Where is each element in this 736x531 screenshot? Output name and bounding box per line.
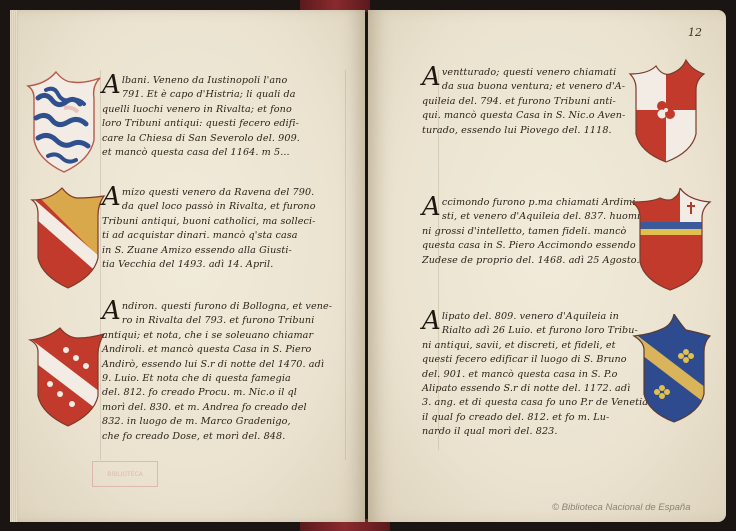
text-line: questi fecero edificar il luogo di S. Br…: [422, 353, 662, 367]
text-line: tia Vecchia del 1493. adì 14. April.: [102, 258, 352, 272]
text-line: lbani. Veneno da Iustinopoli l'ano: [102, 74, 352, 88]
initial-letter: A: [102, 300, 121, 322]
coat-of-arms-albani-icon: [24, 68, 104, 178]
text-line: loro Tribuni antiqui: questi fecero edif…: [102, 117, 352, 131]
text-line: Zudese de proprio del. 1468. adì 25 Agos…: [422, 254, 652, 268]
text-line: turado, essendo lui Piovego del. 1118.: [422, 124, 652, 138]
coat-of-arms-alipato-icon: [630, 314, 714, 426]
initial-letter: A: [102, 186, 121, 208]
initial-letter: A: [102, 74, 121, 96]
text-line: quelli luochi venero in Rivalta; et fono: [102, 103, 352, 117]
coat-of-arms-andiron-icon: [24, 322, 108, 432]
initial-letter: A: [422, 310, 441, 332]
text-line: care la Chiesa di San Severolo del. 909.: [102, 132, 352, 146]
coat-of-arms-accimondo-icon: [630, 188, 712, 296]
text-line: 832. in luogo de m. Marco Gradenigo,: [102, 415, 352, 429]
text-line: sti, et venero d'Aquileia del. 837. huom…: [422, 210, 652, 224]
left-page: A lbani. Veneno da Iustinopoli l'ano 791…: [10, 10, 365, 522]
text-line: ni antiqui, savii, et discreti, et fidel…: [422, 339, 662, 353]
text-line: in S. Zuane Amizo essendo alla Giusti-: [102, 244, 352, 258]
text-line: quileia del. 794. et furono Tribuni anti…: [422, 95, 652, 109]
text-line: ti ad acquistar dinari. mancò q'sta casa: [102, 229, 352, 243]
text-line: et mancò questa casa del 1164. m 5...: [102, 146, 352, 160]
text-line: ro in Rivalta del 793. et furono Tribuni: [102, 314, 352, 328]
text-line: 3. ang. et di questa casa fo uno P.r de …: [422, 396, 662, 410]
text-line: ndiron. questi furono di Bollogna, et ve…: [102, 300, 352, 314]
text-line: ccimondo furono p.ma chiamati Ardimi-: [422, 196, 652, 210]
text-line: nardo il qual morì del. 823.: [422, 425, 662, 439]
text-line: 791. Et è capo d'Histria; li quali da: [102, 88, 352, 102]
entry-accimondo: A ccimondo furono p.ma chiamati Ardimi- …: [422, 196, 652, 268]
text-line: qui. mancò questa Casa in S. Nic.o Aven-: [422, 109, 652, 123]
library-stamp: BIBLIOTECA: [92, 461, 158, 487]
text-line: questa casa in S. Piero Accimondo essend…: [422, 239, 652, 253]
entry-amizo: A mizo questi venero da Ravena del 790. …: [102, 186, 352, 272]
text-line: antiqui; et nota, che i se soleuano chia…: [102, 329, 352, 343]
right-page: A ventturado; questi venero chiamati da …: [368, 10, 726, 522]
copyright-watermark: © Biblioteca Nacional de España: [552, 502, 691, 513]
text-line: 9. Luio. Et nota che di questa famegia: [102, 372, 352, 386]
entry-aventurado: A ventturado; questi venero chiamati da …: [422, 66, 652, 138]
text-line: Andiroli. et mancò questa Casa in S. Pie…: [102, 343, 352, 357]
text-line: da quel loco passò in Rivalta, et furono: [102, 200, 352, 214]
text-line: morì del. 830. et m. Andrea fo creado de…: [102, 401, 352, 415]
text-line: lipato del. 809. venero d'Aquileia in: [422, 310, 662, 324]
text-line: che fo creado Dose, et morì del. 848.: [102, 430, 352, 444]
text-line: ni grossi d'intelletto, tamen fideli. ma…: [422, 225, 652, 239]
coat-of-arms-aventurado-icon: [626, 58, 708, 168]
text-line: mizo questi venero da Ravena del 790.: [102, 186, 352, 200]
text-line: Rialto adì 26 Luio. et furono loro Tribu…: [422, 324, 662, 338]
entry-albani: A lbani. Veneno da Iustinopoli l'ano 791…: [102, 74, 352, 160]
text-line: Andirò, essendo lui S.r di notte del 147…: [102, 358, 352, 372]
text-line: Alipato essendo S.r di notte del. 1172. …: [422, 382, 662, 396]
initial-letter: A: [422, 196, 441, 218]
text-line: da sua buona ventura; et venero d'A-: [422, 80, 652, 94]
text-line: ventturado; questi venero chiamati: [422, 66, 652, 80]
folio-number: 12: [688, 26, 702, 39]
text-line: del. 901. et mancò questa casa in S. P.o: [422, 368, 662, 382]
entry-andiron: A ndiron. questi furono di Bollogna, et …: [102, 300, 352, 444]
text-line: Tribuni antiqui, buoni catholici, ma sol…: [102, 215, 352, 229]
text-line: del. 812. fo creado Procu. m. Nic.o il q…: [102, 386, 352, 400]
initial-letter: A: [422, 66, 441, 88]
coat-of-arms-amizo-icon: [28, 186, 108, 294]
text-line: il qual fo creado del. 812. et fo m. Lu-: [422, 411, 662, 425]
entry-alipato: A lipato del. 809. venero d'Aquileia in …: [422, 310, 662, 440]
